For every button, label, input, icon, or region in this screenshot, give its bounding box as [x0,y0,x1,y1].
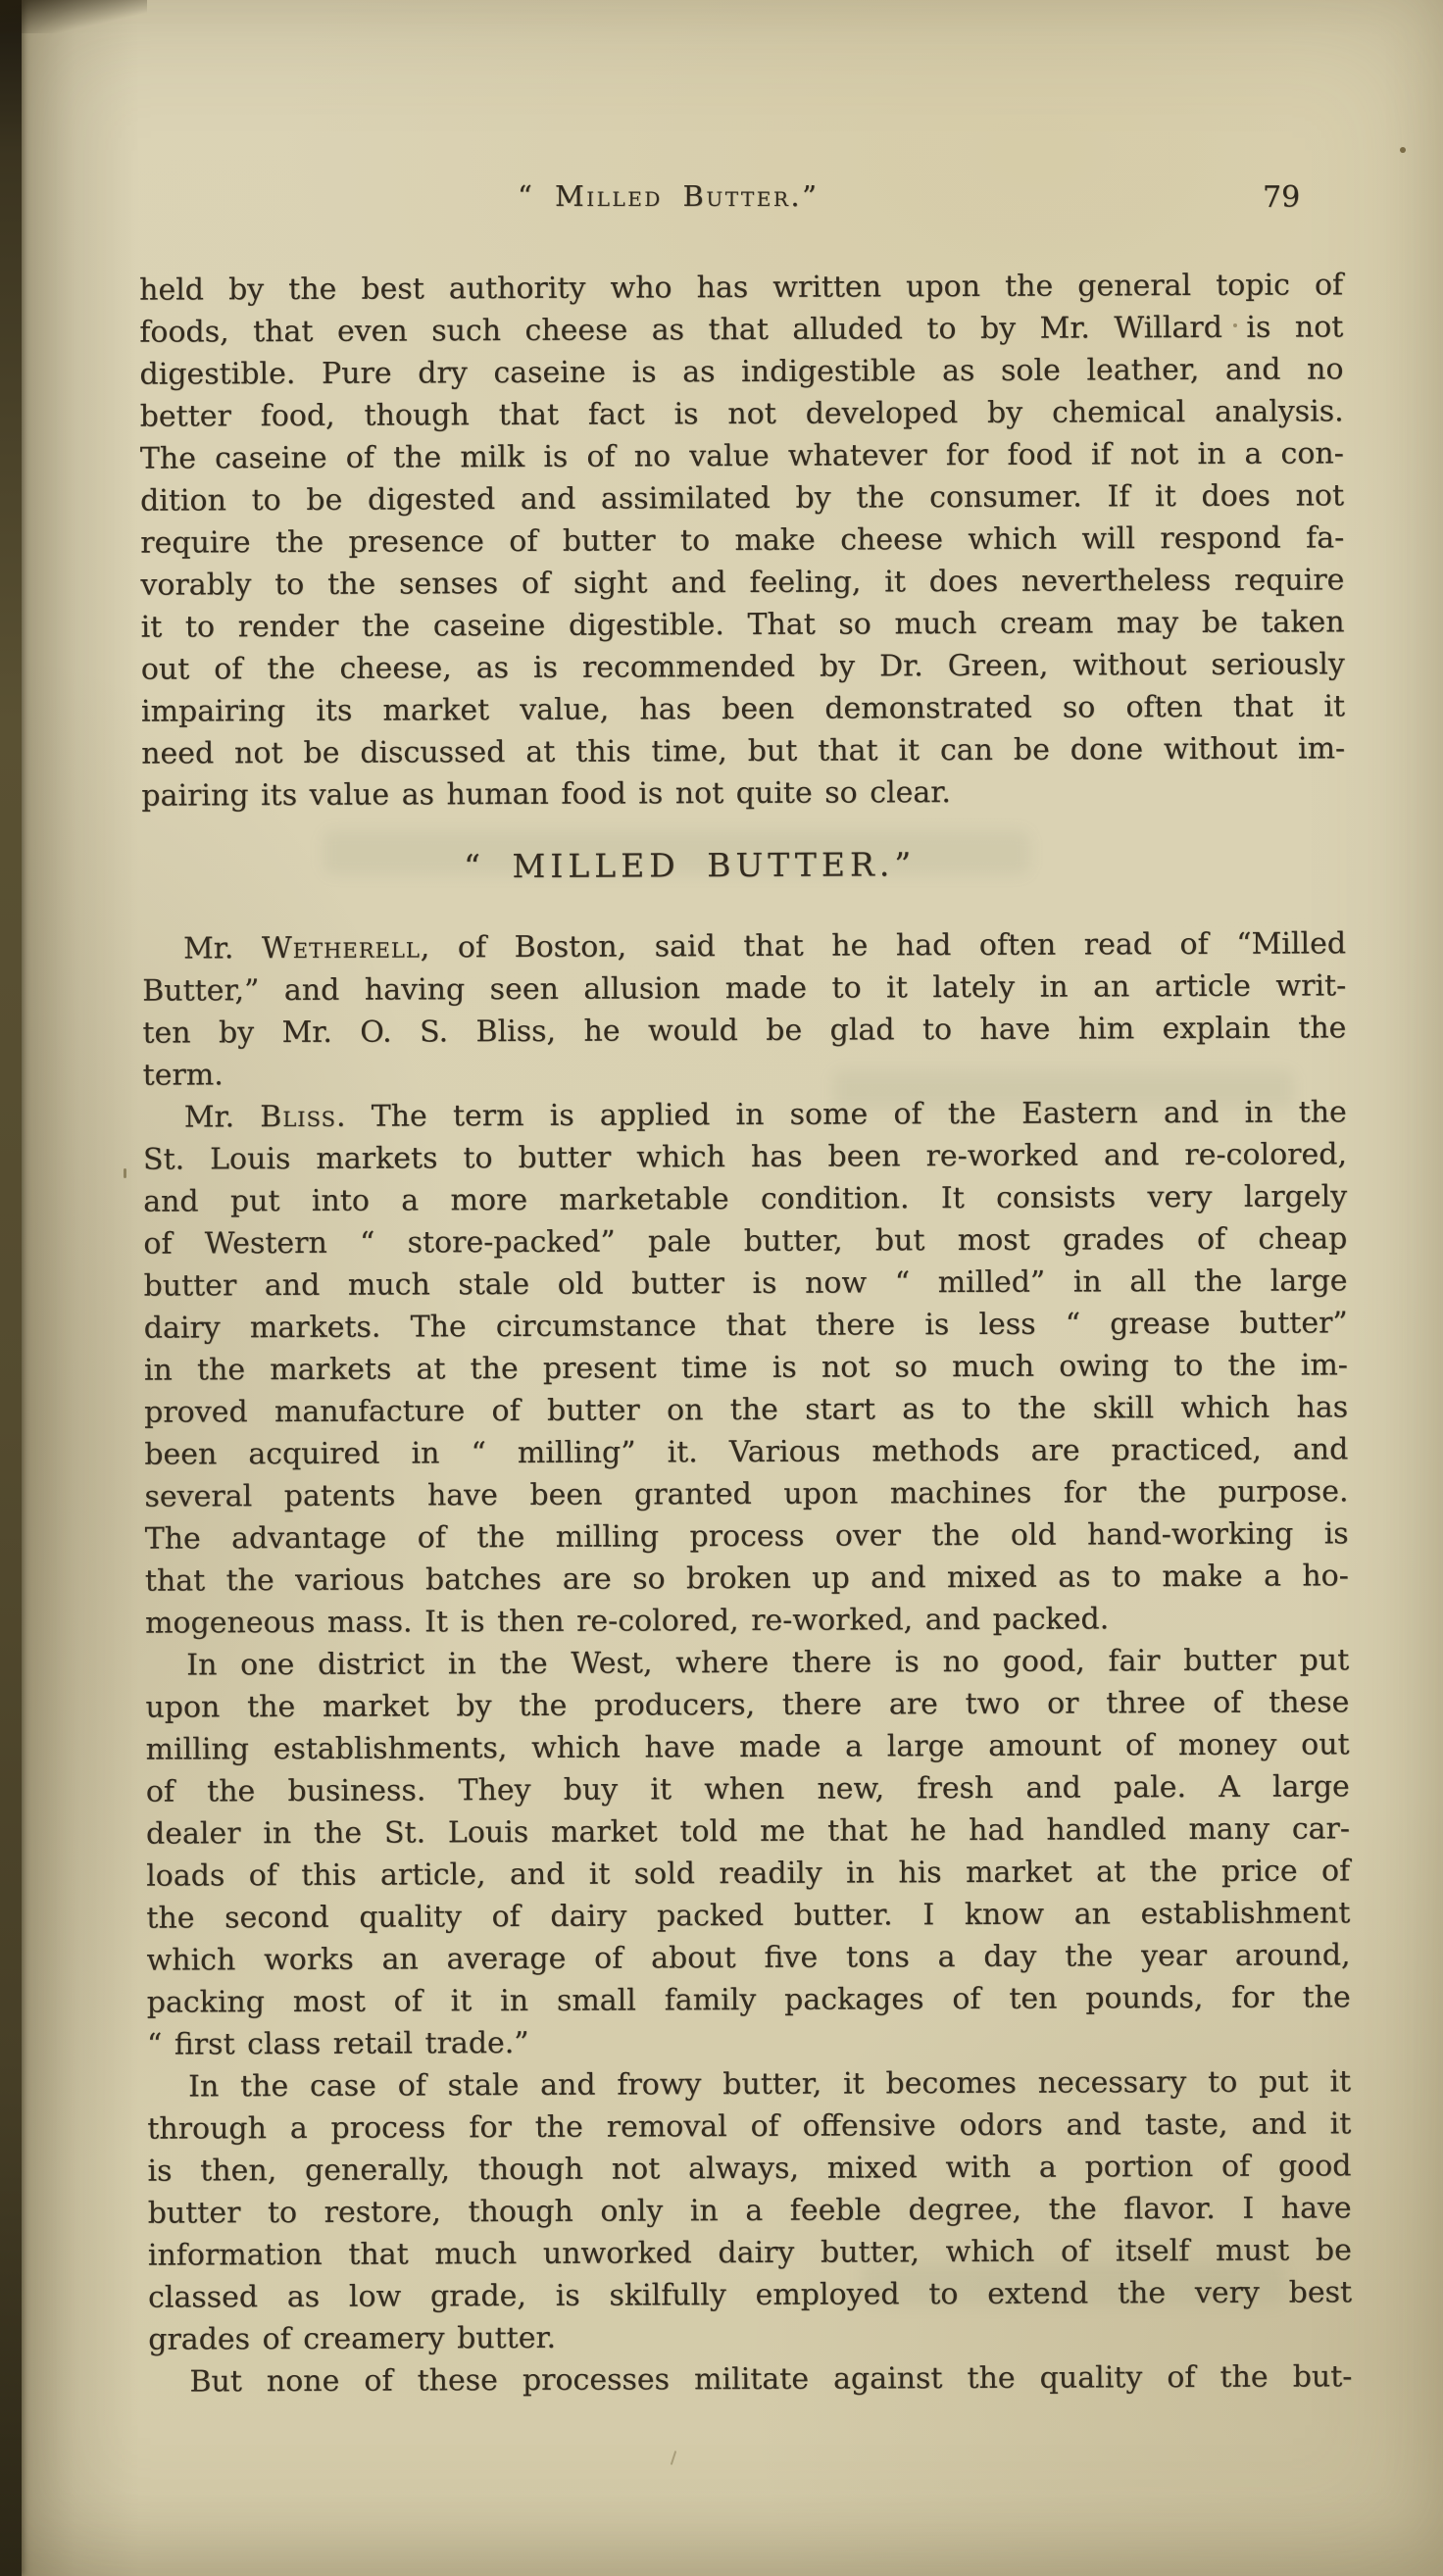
book-binding-edge [0,0,22,2576]
text-line: which works an average of about five ton… [146,1934,1350,1981]
text-line: ten by Mr. O. S. Bliss, he would be glad… [142,1007,1346,1054]
text-line: out of the cheese, as is recommended by … [141,643,1345,690]
text-line: classed as low grade, is skilfully emplo… [148,2271,1352,2318]
text-line: it to render the caseine digestible. Tha… [141,601,1345,648]
text-line: The advantage of the milling process ove… [145,1512,1349,1560]
text-line: term. [143,1049,1347,1096]
text-line: mogeneous mass. It is then re-colored, r… [145,1597,1349,1644]
text-line: proved manufacture of butter on the star… [144,1386,1348,1433]
text-line: pairing its value as human food is not q… [141,769,1345,817]
text-line: the second quality of dairy packed butte… [146,1892,1350,1939]
text-line: butter to restore, though only in a feeb… [148,2187,1352,2234]
text-line: of Western “ store-packed” pale butter, … [143,1217,1347,1264]
paragraph: Mr. Wetherell, of Boston, said that he h… [142,922,1347,1096]
text-line: dition to be digested and assimilated by… [140,474,1344,521]
text-line: better food, though that fact is not dev… [140,390,1344,437]
text-line: dairy markets. The circumstance that the… [144,1302,1348,1349]
paragraph: But none of these processes militate aga… [148,2355,1352,2403]
section-heading: “ MILLED BUTTER.” [34,841,1346,889]
text-line: The caseine of the milk is of no value w… [140,432,1344,479]
binding-corner-shadow [0,0,147,33]
text-line: impairing its market value, has been dem… [141,685,1345,732]
text-line: Butter,” and having seen allusion made t… [142,965,1346,1012]
text-line: In the case of stale and frowy butter, i… [147,2060,1351,2107]
text-line: milling establishments, which have made … [146,1723,1350,1770]
text-line: is then, generally, though not always, m… [147,2145,1351,2192]
text-line: in the markets at the present time is no… [144,1344,1348,1391]
text-line: vorably to the senses of sight and feeli… [140,559,1344,606]
text-line: dealer in the St. Louis market told me t… [146,1808,1350,1855]
running-header: “ Milled Butter.” [518,179,819,213]
text-column: held by the best authority who has writt… [139,264,1352,2403]
text-line: foods, that even such cheese as that all… [139,306,1343,353]
text-line: Mr. Bliss. The term is applied in some o… [143,1091,1347,1138]
text-line: But none of these processes militate aga… [148,2355,1352,2403]
text-line: digestible. Pure dry caseine is as indig… [139,348,1343,395]
paragraph: held by the best authority who has writt… [139,264,1345,817]
text-line: information that much unworked dairy but… [148,2229,1352,2276]
text-segment: Mr. [183,931,262,966]
speaker-name: Bliss [260,1100,336,1134]
text-line: that the various batches are so broken u… [145,1555,1349,1602]
text-line: packing most of it in small family packa… [147,1976,1351,2023]
text-line: through a process for the removal of off… [147,2103,1351,2150]
text-line: upon the market by the producers, there … [145,1681,1349,1728]
paper-speck [1400,147,1406,153]
text-segment: , of Boston, said that he had often read… [421,926,1346,965]
gutter-shadow [22,0,139,2576]
text-line: several patents have been granted upon m… [144,1470,1348,1517]
paragraph: In the case of stale and frowy butter, i… [147,2060,1352,2360]
page-number: 79 [1263,180,1300,215]
text-line: require the presence of butter to make c… [140,517,1344,564]
text-line: “ first class retail trade.” [147,2018,1351,2065]
paragraph: Mr. Bliss. The term is applied in some o… [143,1091,1349,1644]
paragraph: In one district in the West, where there… [145,1639,1351,2065]
text-line: been acquired in “ milling” it. Various … [144,1428,1348,1475]
text-segment: . The term is applied in some of the Eas… [336,1095,1347,1133]
text-line: grades of creamery butter. [148,2313,1352,2360]
text-line: of the business. They buy it when new, f… [146,1765,1350,1812]
text-line: Mr. Wetherell, of Boston, said that he h… [142,922,1346,969]
text-line: St. Louis markets to butter which has be… [143,1133,1347,1180]
text-line: In one district in the West, where there… [145,1639,1349,1686]
paper-speck [124,1168,126,1178]
text-line: butter and much stale old butter is now … [143,1260,1347,1307]
text-line: loads of this article, and it sold readi… [146,1850,1350,1897]
text-segment: Mr. [184,1100,261,1134]
scanned-book-page: { "page": { "running_header": "“ Milled … [0,0,1443,2576]
speaker-name: Wetherell [262,930,421,966]
text-line: held by the best authority who has writt… [139,264,1343,311]
text-line: and put into a more marketable condition… [143,1175,1347,1222]
text-line: need not be discussed at this time, but … [141,727,1345,774]
